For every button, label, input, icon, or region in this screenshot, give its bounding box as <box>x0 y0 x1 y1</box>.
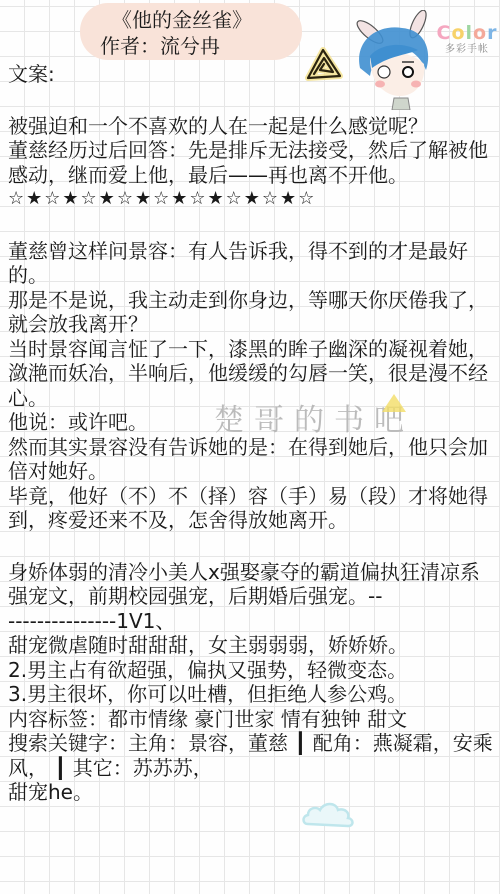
note-paragraph: ---------------1V1、 <box>8 609 496 634</box>
story-paragraph: 然而其实景容没有告诉她的是：在得到她后，他只会加倍对她好。 <box>8 435 496 484</box>
brand-letter: o <box>473 22 487 44</box>
cloud-icon <box>300 800 356 830</box>
brand-letter: l <box>466 22 474 44</box>
story-paragraph: 那是不是说，我主动走到你身边，等哪天你厌倦我了，就会放我离开？ <box>8 288 496 337</box>
triangle-icon <box>382 394 406 412</box>
story-paragraph: 毕竟，他好（不）不（择）容（手）易（段）才将她得到，疼爱还来不及，怎舍得放她离开… <box>8 484 496 533</box>
author-line: 作者：流兮冉 <box>100 34 220 58</box>
note-paragraph: 甜宠微虐随时甜甜甜，女主弱弱弱，娇娇娇。 <box>8 633 496 658</box>
brand-letter: C <box>437 22 452 44</box>
intro-paragraph: 董慈经历过后回答：先是排斥无法接受，然后了解被他感动，继而爱上他，最后——再也离… <box>8 138 496 187</box>
star-divider: ☆★☆★☆★☆★☆★☆★☆★☆★☆ <box>8 187 496 212</box>
note-paragraph: 3.男主很坏，你可以吐槽，但拒绝人参公鸡。 <box>8 682 496 707</box>
brand-subtitle: 多彩手帐 <box>434 44 500 56</box>
spacer <box>8 533 496 560</box>
spacer <box>8 212 496 239</box>
brand-logo: Color 多彩手帐 <box>434 22 500 56</box>
content-tags: 内容标签：都市情缘 豪门世家 情有独钟 甜文 <box>8 707 496 732</box>
brand-letter: r <box>487 22 497 44</box>
note-paragraph: 身娇体弱的清冷小美人x强娶豪夺的霸道偏执狂清凉系强宠文，前期校园强宠，后期婚后强… <box>8 560 496 609</box>
intro-paragraph: 被强迫和一个不喜欢的人在一起是什么感觉呢？ <box>8 114 496 139</box>
search-keywords: 搜索关键字：主角：景容，董慈 ┃ 配角：燕凝霜，安乘风， ┃ 其它：苏苏苏， <box>8 731 496 780</box>
spacer <box>8 87 496 114</box>
story-paragraph: 董慈曾这样问景容：有人告诉我，得不到的才是最好的。 <box>8 239 496 288</box>
brand-letter: o <box>451 22 465 44</box>
book-title: 《他的金丝雀》 <box>112 8 252 32</box>
synopsis-label: 文案: <box>8 62 496 87</box>
note-paragraph: 2.男主占有欲超强，偏执又强势，轻微变态。 <box>8 658 496 683</box>
brand-word: Color <box>434 22 500 44</box>
note-paragraph: 甜宠he。 <box>8 780 496 805</box>
